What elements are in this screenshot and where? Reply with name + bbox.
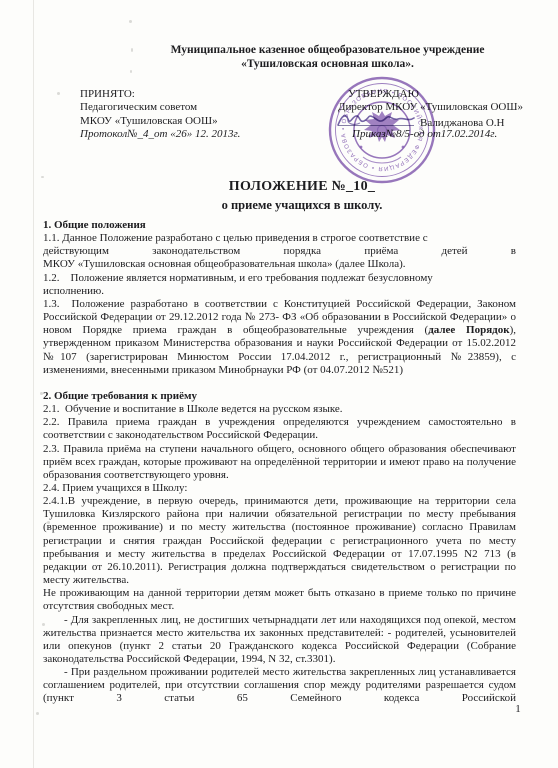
paragraph-1-3-bold: далее Порядок bbox=[428, 324, 509, 336]
accepted-body: Педагогическим советом bbox=[80, 101, 310, 114]
scan-speck bbox=[57, 92, 60, 95]
paragraph-2-4: 2.4. Прием учащихся в Школу: bbox=[43, 482, 516, 495]
accepted-title: ПРИНЯТО: bbox=[80, 88, 310, 101]
document-title-line2: о приеме учащихся в школу. bbox=[43, 198, 558, 213]
org-header: Муниципальное казенное общеобразовательн… bbox=[105, 44, 550, 71]
org-name-line2: «Тушиловская основная школа». bbox=[105, 58, 550, 72]
scan-speck bbox=[129, 20, 132, 23]
paragraph-1-1-line3: МКОУ «Тушиловская основная общеобразоват… bbox=[43, 258, 516, 271]
paragraph-2-4-1: 2.4.1.В учреждение, в первую очередь, пр… bbox=[43, 495, 516, 587]
scan-speck bbox=[41, 176, 44, 178]
accepted-protocol: Протокол№_4_от «26» 12. 2013г. bbox=[80, 128, 310, 141]
document-title-line1: ПОЛОЖЕНИЕ №_10_ bbox=[43, 179, 558, 195]
paragraph-1-2-line1: 1.2. Положение является нормативным, и е… bbox=[43, 272, 516, 285]
paragraph-no-residence: Не проживающим на данной территории детя… bbox=[43, 587, 516, 613]
accepted-block: ПРИНЯТО: Педагогическим советом МКОУ «Ту… bbox=[80, 88, 310, 141]
paragraph-separate-residence: - При раздельном проживании родителей ме… bbox=[43, 666, 516, 705]
document-page: Муниципальное казенное общеобразовательн… bbox=[0, 0, 558, 768]
accepted-org: МКОУ «Тушиловская ООШ» bbox=[80, 115, 310, 128]
paragraph-2-3: 2.3. Правила приёма на ступени начальног… bbox=[43, 443, 516, 482]
section1-heading: 1. Общие положения bbox=[43, 219, 516, 232]
scan-speck bbox=[36, 712, 39, 715]
official-stamp-icon: • ОБРАЗОВАНИЯ • РОССИЙСКАЯ ФЕДЕРАЦИЯ • О… bbox=[327, 75, 437, 185]
stamp-eagle-emblem bbox=[364, 111, 400, 142]
paragraph-1-1-line1: 1.1. Данное Положение разработано с цель… bbox=[43, 232, 516, 245]
paragraph-1-3: 1.3. Положение разработано в соответстви… bbox=[43, 298, 516, 377]
document-body: 1. Общие положения 1.1. Данное Положение… bbox=[43, 219, 516, 706]
scan-edge-line bbox=[33, 0, 34, 768]
page-number: 1 bbox=[498, 703, 538, 715]
paragraph-guardians: - Для закрепленных лиц, не достигших чет… bbox=[43, 614, 516, 667]
paragraph-1-1-line2: действующим законодательством порядка пр… bbox=[43, 245, 516, 258]
paragraph-2-1: 2.1. Обучение и воспитание в Школе ведет… bbox=[43, 403, 516, 416]
section2-heading: 2. Общие требования к приёму bbox=[43, 390, 516, 403]
org-name-line1: Муниципальное казенное общеобразовательн… bbox=[105, 44, 550, 58]
document-title: ПОЛОЖЕНИЕ №_10_ о приеме учащихся в школ… bbox=[43, 179, 558, 213]
paragraph-1-2-line2: исполнению. bbox=[43, 285, 516, 298]
paragraph-2-2: 2.2. Правила приема граждан в учреждения… bbox=[43, 416, 516, 442]
